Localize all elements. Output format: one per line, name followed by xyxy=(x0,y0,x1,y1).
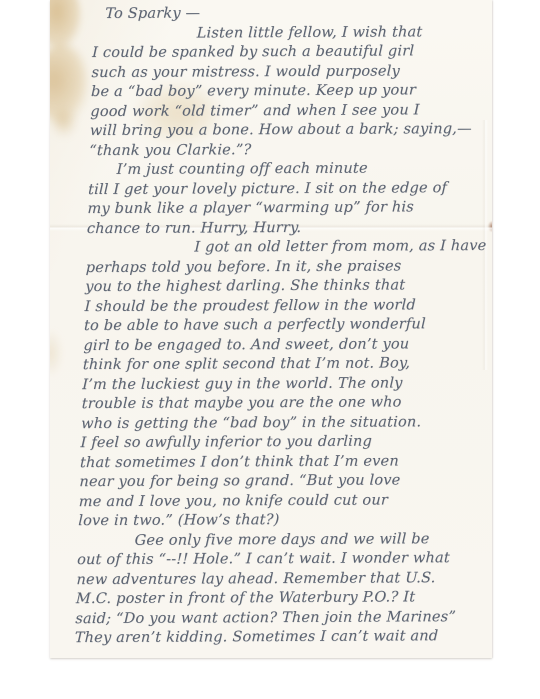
letter-line: till I get your lovely picture. I sit on… xyxy=(88,178,492,200)
stain-lower-left xyxy=(50,330,62,376)
letter-line: me and I love you, no knife could cut ou… xyxy=(79,490,484,512)
letter-line: Gee only five more days and we will be xyxy=(77,529,482,551)
letter-line: good work “old timer” and when I see you… xyxy=(90,100,492,122)
letter-line: near you for being so grand. “But you lo… xyxy=(79,471,484,493)
letter-line: new adventures lay ahead. Remember that … xyxy=(76,568,481,590)
letter-line: that sometimes I don’t think that I’m ev… xyxy=(80,451,485,473)
letter-line: my bunk like a player “warming up” for h… xyxy=(87,198,492,220)
letter-line: love in two.” (How’s that?) xyxy=(78,510,483,532)
letter-line: “thank you Clarkie.”? xyxy=(89,139,492,161)
stain-left-edge-small xyxy=(52,108,78,138)
letter-paper: To Sparky —Listen little fellow, I wish … xyxy=(50,0,492,658)
letter-line: To Sparky — xyxy=(93,3,492,25)
stain-top-left xyxy=(50,0,82,50)
letter-line: I got an old letter from mom, as I have xyxy=(86,237,491,259)
letter-line: I should be the proudest fellow in the w… xyxy=(84,295,489,317)
letter-line: girl to be engaged to. And sweet, don’t … xyxy=(83,334,488,356)
letter-line: said; “Do you want action? Then join the… xyxy=(75,607,480,629)
letter-line: Listen little fellow, I wish that xyxy=(92,22,492,44)
letter-line: who is getting the “bad boy” in the situ… xyxy=(81,412,486,434)
letter-line: to be able to have such a perfectly wond… xyxy=(84,315,489,337)
letter-body: To Sparky —Listen little fellow, I wish … xyxy=(74,3,492,649)
letter-line: They aren’t kidding. Sometimes I can’t w… xyxy=(74,627,479,649)
letter-line: I’m the luckiest guy in the world. The o… xyxy=(82,373,487,395)
letter-line: I could be spanked by such a beautiful g… xyxy=(92,42,492,64)
letter-line: M.C. poster in front of the Waterbury P.… xyxy=(76,588,481,610)
letter-line: be a “bad boy” every minute. Keep up you… xyxy=(91,81,492,103)
letter-line: trouble is that maybe you are the one wh… xyxy=(81,393,486,415)
stain-left-edge xyxy=(50,44,88,124)
letter-line: chance to run. Hurry, Hurry. xyxy=(87,217,492,239)
letter-line: I’m just counting off each minute xyxy=(88,159,492,181)
letter-line: you to the highest darling. She thinks t… xyxy=(85,276,490,298)
scanned-letter-canvas: To Sparky —Listen little fellow, I wish … xyxy=(0,0,540,699)
letter-line: think for one split second that I’m not.… xyxy=(83,354,488,376)
letter-line: will bring you a bone. How about a bark;… xyxy=(90,120,492,142)
letter-line: perhaps told you before. In it, she prai… xyxy=(85,256,490,278)
letter-line: I feel so awfully inferior to you darlin… xyxy=(80,432,485,454)
letter-line: such as your mistress. I would purposely xyxy=(91,61,492,83)
letter-line: out of this “--!! Hole.” I can’t wait. I… xyxy=(77,549,482,571)
